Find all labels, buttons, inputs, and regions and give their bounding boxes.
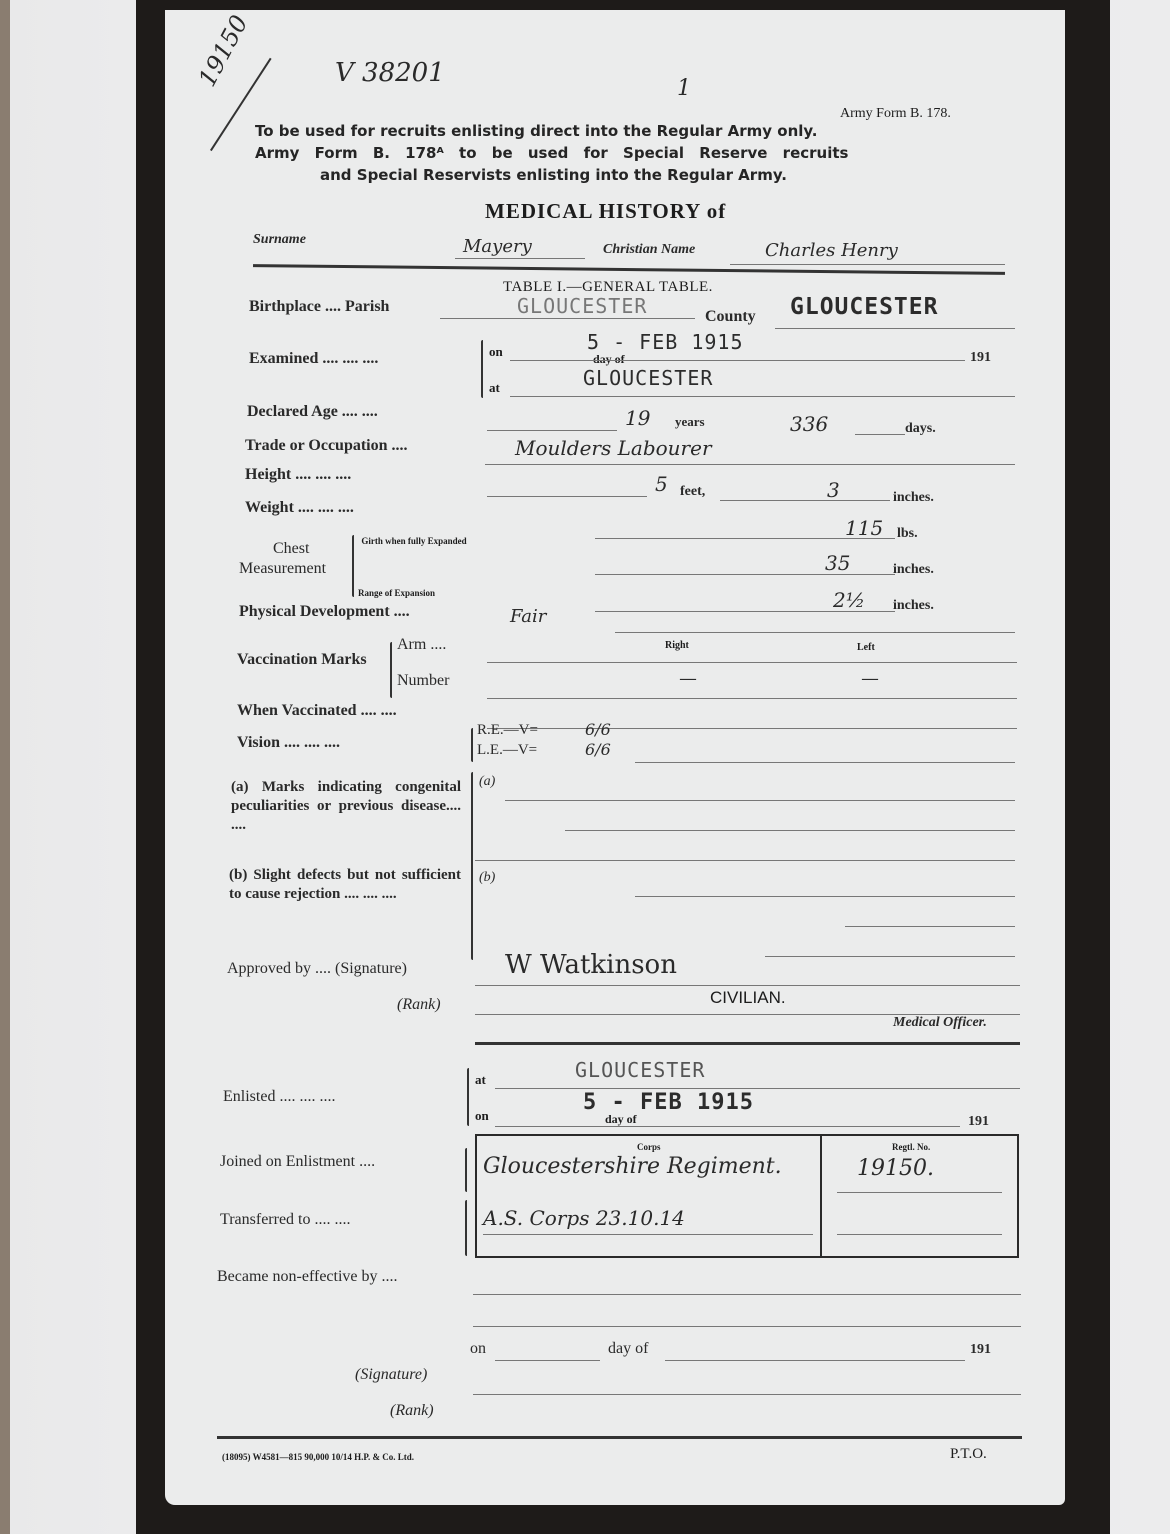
enlisted-at-underline (495, 1088, 1020, 1089)
joined-brace (465, 1148, 467, 1192)
birthplace-label: Birthplace .... Parish (249, 298, 389, 316)
marks-a-line-1 (505, 800, 1015, 801)
age-years-value: 19 (625, 406, 650, 430)
medical-officer-label: Medical Officer. (893, 1015, 987, 1031)
approved-rank-value: CIVILIAN. (710, 988, 786, 1008)
enlisted-day-of-label: day of (605, 1112, 637, 1127)
girth-value: 35 (825, 551, 850, 575)
corps-table-divider (820, 1136, 822, 1256)
transferred-label: Transferred to .... .... (220, 1211, 351, 1229)
corps-header: Corps (637, 1142, 661, 1152)
chest-brace (352, 535, 354, 597)
examined-year-prefix: 191 (970, 350, 991, 366)
re-value: 6/6 (585, 720, 611, 739)
expansion-underline (595, 611, 895, 612)
days-label: days. (905, 421, 936, 437)
examined-on-value: 5 - FEB 1915 (587, 330, 744, 354)
vision-label: Vision .... .... .... (237, 734, 340, 752)
christian-name-label: Christian Name (603, 242, 695, 258)
examined-at-value: GLOUCESTER (583, 366, 713, 390)
defects-b-line-1 (635, 896, 1015, 897)
instruction-line-2: Army Form B. 178ᴬ to be used for Special… (255, 144, 848, 162)
chest-label: Chest (273, 540, 309, 558)
marks-a-line-3 (475, 860, 1015, 861)
trade-underline (485, 464, 1015, 465)
measurement-label: Measurement (239, 560, 326, 578)
reference-number: V 38201 (335, 58, 445, 88)
trade-value: Moulders Labourer (515, 436, 712, 460)
county-value: GLOUCESTER (790, 294, 938, 320)
expansion-value: 2½ (833, 588, 865, 612)
height-label: Height .... .... .... (245, 466, 351, 484)
height-feet-value: 5 (655, 472, 668, 496)
defects-b-prefix: (b) (479, 870, 495, 886)
vision-brace (471, 728, 473, 762)
joined-regtl-no-value: 19150. (857, 1156, 934, 1181)
pto-label: P.T.O. (950, 1446, 987, 1463)
right-header: Right (665, 640, 689, 651)
when-vaccinated-label: When Vaccinated .... .... (237, 702, 397, 720)
page-mark: 1 (677, 76, 691, 101)
weight-value: 115 (845, 516, 883, 540)
physical-dev-value: Fair (510, 606, 546, 627)
approved-by-label: Approved by .... (Signature) (227, 960, 407, 978)
non-effective-on-label: on (470, 1340, 486, 1358)
joined-label: Joined on Enlistment .... (220, 1153, 375, 1171)
enlisted-at-value: GLOUCESTER (575, 1058, 705, 1082)
physical-dev-label: Physical Development .... (239, 603, 410, 621)
re-label: R.E.—V= (477, 722, 538, 739)
non-effective-rank-label: (Rank) (390, 1402, 434, 1420)
feet-label: feet, (680, 484, 705, 500)
medical-history-form: 19150 V 38201 1 Army Form B. 178. To be … (165, 10, 1065, 1505)
marks-a-brace (471, 772, 473, 872)
le-value: 6/6 (585, 740, 611, 759)
vision-underline (635, 762, 1015, 763)
examined-on-underline (510, 360, 965, 361)
height-inches-underline (720, 500, 890, 501)
regtl-no-annotation: 19150 (193, 11, 254, 92)
form-title: MEDICAL HISTORY of (485, 199, 726, 224)
examined-on-label: on (489, 344, 503, 360)
vacc-arm-underline (487, 662, 1017, 663)
vacc-arm-label: Arm .... (397, 636, 446, 654)
girth-underline (595, 574, 895, 575)
approved-signature: W Watkinson (505, 950, 677, 980)
parish-underline (440, 318, 695, 319)
girth-label: Girth when fully Expanded (358, 536, 470, 547)
le-label: L.E.—V= (477, 742, 537, 759)
vacc-number-underline (487, 698, 1017, 699)
marks-a-line-2 (565, 830, 1015, 831)
physical-dev-underline (615, 632, 1015, 633)
enlisted-brace (467, 1068, 469, 1126)
county-underline (775, 328, 1015, 329)
when-vaccinated-underline (487, 728, 1017, 729)
enlisted-label: Enlisted .... .... .... (223, 1088, 335, 1106)
vacc-brace (390, 642, 392, 698)
transferred-underline (483, 1234, 813, 1235)
non-effective-day-underline (495, 1360, 600, 1361)
days-underline (855, 434, 905, 435)
vacc-left-value: — (862, 670, 878, 688)
footer-print-code: (18095) W4581—815 90,000 10/14 H.P. & Co… (222, 1452, 414, 1462)
trade-label: Trade or Occupation .... (245, 437, 408, 455)
age-underline (487, 430, 617, 431)
joined-corps-value: Gloucestershire Regiment. (483, 1154, 782, 1179)
vacc-number-label: Number (397, 672, 449, 690)
weight-label: Weight .... .... .... (245, 499, 354, 517)
non-effective-month-underline (665, 1360, 965, 1361)
section-divider (475, 1042, 1020, 1045)
surname-underline (455, 258, 585, 259)
non-effective-line-1 (473, 1294, 1021, 1295)
lbs-label: lbs. (897, 526, 918, 542)
marks-a-label: (a) Marks indicating congenital peculiar… (231, 778, 461, 835)
transferred-corps-value: A.S. Corps 23.10.14 (483, 1206, 685, 1230)
non-effective-line-2 (473, 1326, 1021, 1327)
header-divider (253, 264, 1005, 275)
height-inches-value: 3 (827, 478, 840, 502)
examined-label: Examined .... .... .... (249, 350, 378, 368)
height-feet-underline (487, 496, 647, 497)
vacc-marks-label: Vaccination Marks (237, 651, 367, 669)
enlisted-on-underline (495, 1126, 960, 1127)
form-number: Army Form B. 178. (840, 106, 951, 122)
years-label: years (675, 414, 705, 430)
examined-at-underline (510, 396, 1015, 397)
left-header: Left (857, 642, 875, 653)
vacc-right-value: — (680, 670, 696, 688)
corps-table: Corps Regtl. No. Gloucestershire Regimen… (475, 1134, 1019, 1258)
regtl-no-header: Regtl. No. (892, 1142, 930, 1152)
regtl-no-underline (837, 1192, 1002, 1193)
defects-b-line-2 (845, 926, 1015, 927)
expansion-inches-label: inches. (893, 598, 934, 614)
enlisted-on-label: on (475, 1108, 489, 1124)
examined-brace (481, 340, 483, 398)
footer-divider (217, 1436, 1022, 1439)
non-effective-year-prefix: 191 (970, 1342, 991, 1358)
girth-inches-label: inches. (893, 562, 934, 578)
surname-label: Surname (253, 232, 306, 248)
christian-underline (730, 264, 1005, 265)
marks-a-prefix: (a) (479, 774, 495, 790)
enlisted-year-prefix: 191 (968, 1114, 989, 1130)
non-effective-signature-underline (473, 1394, 1021, 1395)
christian-name-value: Charles Henry (765, 240, 898, 261)
defects-b-line-3 (765, 956, 1015, 957)
non-effective-day-of-label: day of (608, 1340, 648, 1358)
transferred-brace (465, 1200, 467, 1256)
declared-age-label: Declared Age .... .... (247, 403, 378, 421)
surname-value: Mayery (463, 236, 532, 257)
enlisted-at-label: at (475, 1072, 486, 1088)
weight-underline (595, 538, 895, 539)
inches-label: inches. (893, 490, 934, 506)
defects-b-brace (471, 868, 473, 960)
instruction-line-3: and Special Reservists enlisting into th… (320, 166, 787, 184)
expansion-label: Range of Expansion (358, 588, 435, 598)
defects-b-label: (b) Slight defects but not sufficient to… (229, 866, 461, 904)
instruction-line-1: To be used for recruits enlisting direct… (255, 122, 818, 140)
county-label: County (705, 308, 756, 326)
signature-underline (475, 985, 1020, 986)
transferred-regtl-underline (837, 1234, 1002, 1235)
age-days-value: 336 (790, 412, 828, 436)
examined-at-label: at (489, 380, 500, 396)
non-effective-signature-label: (Signature) (355, 1366, 427, 1384)
approved-rank-label: (Rank) (397, 996, 441, 1014)
non-effective-label: Became non-effective by .... (217, 1268, 398, 1286)
parish-value: GLOUCESTER (517, 294, 647, 318)
